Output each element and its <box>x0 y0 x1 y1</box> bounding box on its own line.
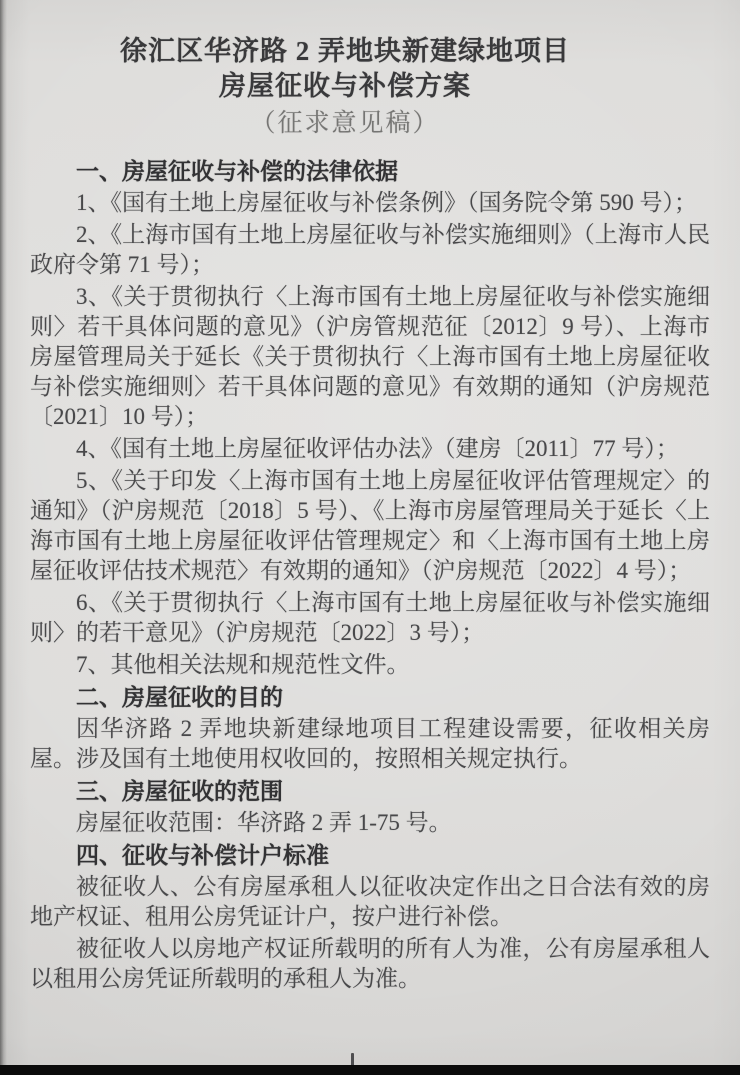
document-title-line2: 房屋征收与补偿方案 <box>14 69 676 104</box>
household-standard-paragraph-1: 被征收人、公有房屋承租人以征收决定作出之日合法有效的房地产权证、租用公房凭证计户… <box>30 872 710 932</box>
section-4-heading: 四、征收与补偿计户标准 <box>30 840 710 870</box>
photo-left-edge <box>0 0 7 1075</box>
document-title-block: 徐汇区华济路 2 弄地块新建绿地项目 房屋征收与补偿方案 （征求意见稿） <box>14 0 676 140</box>
document-page: 徐汇区华济路 2 弄地块新建绿地项目 房屋征收与补偿方案 （征求意见稿） 一、房… <box>0 0 740 1075</box>
scope-paragraph: 房屋征收范围：华济路 2 弄 1-75 号。 <box>30 808 710 838</box>
section-3-heading: 三、房屋征收的范围 <box>30 776 710 806</box>
legal-basis-item-7: 7、其他相关法规和规范性文件。 <box>30 650 710 680</box>
legal-basis-item-4: 4、《国有土地上房屋征收评估办法》（建房〔2011〕77 号）； <box>30 434 710 464</box>
purpose-paragraph: 因华济路 2 弄地块新建绿地项目工程建设需要，征收相关房屋。涉及国有土地使用权收… <box>30 714 710 774</box>
legal-basis-item-1: 1、《国有土地上房屋征收与补偿条例》（国务院令第 590 号）； <box>30 188 710 218</box>
document-body: 一、房屋征收与补偿的法律依据1、《国有土地上房屋征收与补偿条例》（国务院令第 5… <box>30 156 710 994</box>
section-2-heading: 二、房屋征收的目的 <box>30 682 710 712</box>
photo-bottom-edge <box>0 1065 740 1075</box>
legal-basis-item-5: 5、《关于印发〈上海市国有土地上房屋征收评估管理规定〉的通知》（沪房规范〔201… <box>30 466 710 586</box>
document-title-line1: 徐汇区华济路 2 弄地块新建绿地项目 <box>14 34 676 69</box>
legal-basis-item-2: 2、《上海市国有土地上房屋征收与补偿实施细则》（上海市人民政府令第 71 号）； <box>30 220 710 280</box>
legal-basis-item-6: 6、《关于贯彻执行〈上海市国有土地上房屋征收与补偿实施细则〉的若干意见》（沪房规… <box>30 588 710 648</box>
section-1-heading: 一、房屋征收与补偿的法律依据 <box>30 156 710 186</box>
document-subtitle: （征求意见稿） <box>14 107 676 140</box>
legal-basis-item-3: 3、《关于贯彻执行〈上海市国有土地上房屋征收与补偿实施细则〉若干具体问题的意见》… <box>30 282 710 432</box>
household-standard-paragraph-2: 被征收人以房地产权证所载明的所有人为准，公有房屋承租人以租用公房凭证所载明的承租… <box>30 934 710 994</box>
